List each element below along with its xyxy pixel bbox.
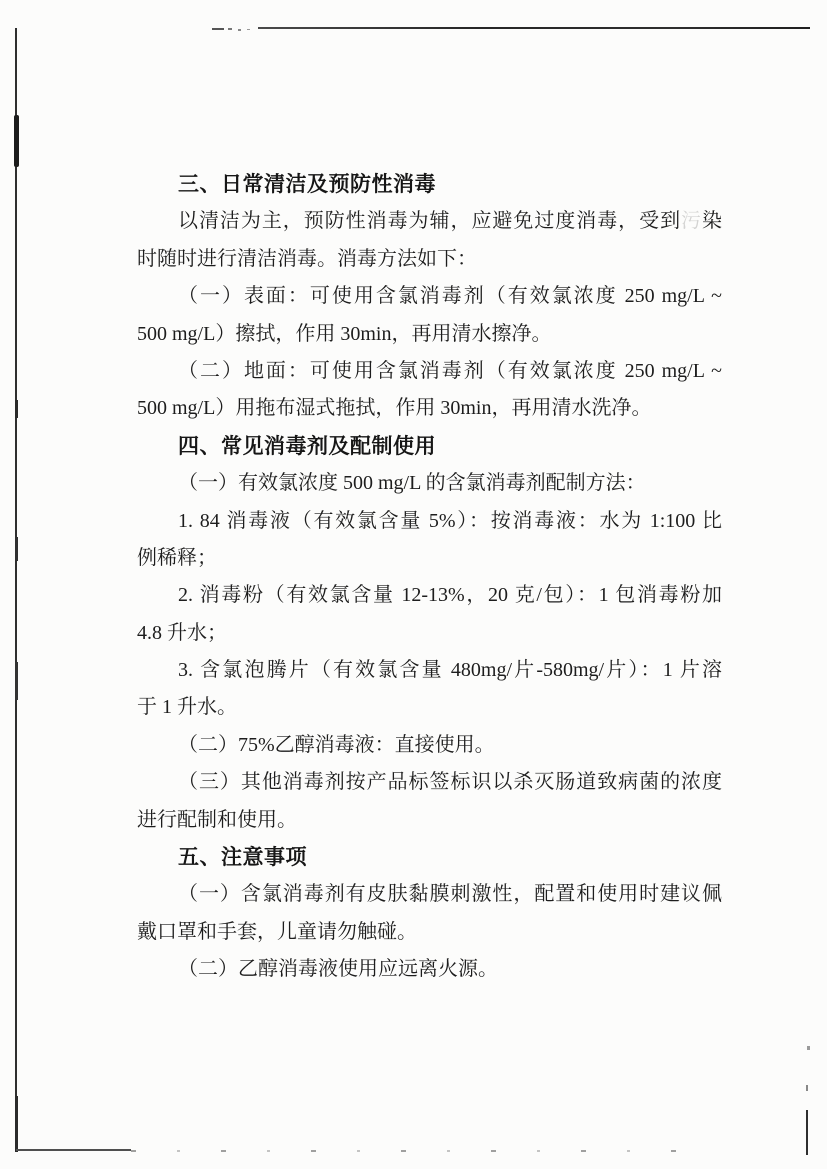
text-segment: 于 1 升水。 <box>137 696 237 718</box>
text-segment: 500 mg/L）用拖布湿式拖拭，作用 30min，再用清水洗净。 <box>137 397 651 419</box>
paragraph-line: （一）表面：可使用含氯消毒剂（有效氯浓度 250 mg/L ~ <box>137 278 722 315</box>
paragraph-line: （二）75%乙醇消毒液：直接使用。 <box>137 727 722 764</box>
paragraph-line: 进行配制和使用。 <box>137 802 722 839</box>
scan-edge-bottom-dashes <box>131 1150 716 1152</box>
scan-edge-dash <box>228 28 232 30</box>
paragraph-line: （二）乙醇消毒液使用应远离火源。 <box>137 951 722 988</box>
paragraph-line: 3. 含氯泡腾片（有效氯含量 480mg/片-580mg/片）：1 片溶 <box>137 652 722 689</box>
text-segment: 1. 84 消毒液（有效氯含量 5%）：按消毒液：水为 1:100 比 <box>178 510 722 532</box>
text-segment: 五、注意事项 <box>178 846 307 869</box>
paragraph-line: 2. 消毒粉（有效氯含量 12-13%，20 克/包）：1 包消毒粉加 <box>137 577 722 614</box>
heading-line: 四、常见消毒剂及配制使用 <box>137 428 722 465</box>
paragraph-line: 1. 84 消毒液（有效氯含量 5%）：按消毒液：水为 1:100 比 <box>137 503 722 540</box>
scan-edge-top-line <box>258 27 810 29</box>
text-segment: （二）75%乙醇消毒液：直接使用。 <box>178 734 495 756</box>
paragraph-line: 4.8 升水； <box>137 615 722 652</box>
text-segment: 时随时进行清洁消毒。消毒方法如下： <box>137 248 477 270</box>
paragraph-line: 以清洁为主，预防性消毒为辅，应避免过度消毒，受到污染 <box>137 203 722 240</box>
text-segment: （二）地面：可使用含氯消毒剂（有效氯浓度 250 mg/L ~ <box>178 360 722 382</box>
text-segment: （一）含氯消毒剂有皮肤黏膜刺激性，配置和使用时建议佩 <box>178 883 722 905</box>
text-segment: 进行配制和使用。 <box>137 809 297 831</box>
text-segment: 四、常见消毒剂及配制使用 <box>178 435 436 458</box>
scan-edge-right-line <box>806 1110 808 1155</box>
scan-edge-dash <box>247 29 250 30</box>
heading-line: 五、注意事项 <box>137 839 722 876</box>
scan-edge-bottom-line <box>16 1149 131 1151</box>
text-segment: 4.8 升水； <box>137 622 227 644</box>
document-text: 三、日常清洁及预防性消毒以清洁为主，预防性消毒为辅，应避免过度消毒，受到污染时随… <box>137 166 722 989</box>
scan-edge-dash <box>238 29 241 31</box>
faded-character: 污 <box>681 210 702 232</box>
scan-ink-blob <box>15 400 18 418</box>
scan-edge-mark <box>806 1085 808 1091</box>
paragraph-line: 500 mg/L）擦拭，作用 30min，再用清水擦净。 <box>137 316 722 353</box>
text-segment: 三、日常清洁及预防性消毒 <box>178 173 436 196</box>
text-segment: 3. 含氯泡腾片（有效氯含量 480mg/片-580mg/片）：1 片溶 <box>178 659 722 681</box>
scan-edge-dash <box>212 28 224 30</box>
scan-edge-left-line <box>15 28 17 1152</box>
text-segment: 例稀释； <box>137 547 217 569</box>
paragraph-line: （一）含氯消毒剂有皮肤黏膜刺激性，配置和使用时建议佩 <box>137 876 722 913</box>
text-segment: （一）表面：可使用含氯消毒剂（有效氯浓度 250 mg/L ~ <box>178 285 722 307</box>
scan-edge-mark <box>807 1046 810 1050</box>
text-segment: 以清洁为主，预防性消毒为辅，应避免过度消毒，受到 <box>178 210 681 232</box>
text-segment: 2. 消毒粉（有效氯含量 12-13%，20 克/包）：1 包消毒粉加 <box>178 584 722 606</box>
text-segment: （二）乙醇消毒液使用应远离火源。 <box>178 958 498 980</box>
text-segment: 戴口罩和手套，儿童请勿触碰。 <box>137 921 417 943</box>
scan-ink-blob <box>15 662 18 700</box>
text-segment: 染 <box>702 210 722 232</box>
scan-ink-blob <box>14 115 19 167</box>
paragraph-line: （三）其他消毒剂按产品标签标识以杀灭肠道致病菌的浓度 <box>137 764 722 801</box>
scan-ink-blob <box>15 1096 18 1152</box>
heading-line: 三、日常清洁及预防性消毒 <box>137 166 722 203</box>
paragraph-line: （一）有效氯浓度 500 mg/L 的含氯消毒剂配制方法： <box>137 465 722 502</box>
paragraph-line: 戴口罩和手套，儿童请勿触碰。 <box>137 914 722 951</box>
paragraph-line: 时随时进行清洁消毒。消毒方法如下： <box>137 241 722 278</box>
text-segment: （三）其他消毒剂按产品标签标识以杀灭肠道致病菌的浓度 <box>178 771 722 793</box>
text-segment: 500 mg/L）擦拭，作用 30min，再用清水擦净。 <box>137 323 551 345</box>
scan-ink-blob <box>15 537 18 561</box>
paragraph-line: （二）地面：可使用含氯消毒剂（有效氯浓度 250 mg/L ~ <box>137 353 722 390</box>
paragraph-line: 例稀释； <box>137 540 722 577</box>
text-segment: （一）有效氯浓度 500 mg/L 的含氯消毒剂配制方法： <box>178 472 646 494</box>
paragraph-line: 500 mg/L）用拖布湿式拖拭，作用 30min，再用清水洗净。 <box>137 390 722 427</box>
scan-page: 三、日常清洁及预防性消毒以清洁为主，预防性消毒为辅，应避免过度消毒，受到污染时随… <box>0 0 827 1169</box>
paragraph-line: 于 1 升水。 <box>137 689 722 726</box>
